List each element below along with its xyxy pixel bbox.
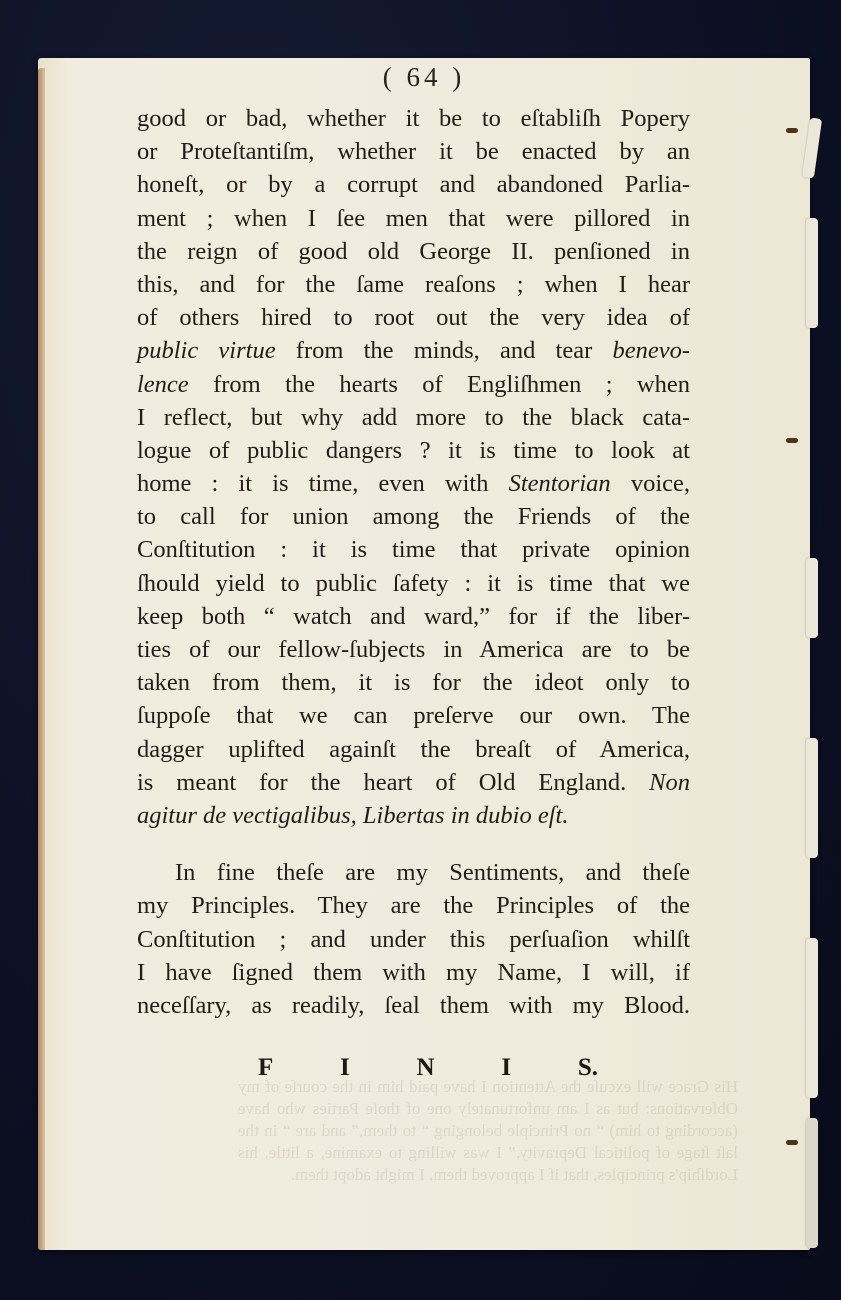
text-line: lence from the hearts of Engliſhmen ; wh… [137,368,690,401]
text-segment: Conſtitution ; and under this perſuaſion… [137,926,690,953]
text-line: logue of public dangers ? it is time to … [137,434,690,467]
binding-thread [786,438,798,443]
text-line: taken from them, it is for the ideot onl… [137,666,690,699]
text-line: Conſtitution : it is time that private o… [137,533,690,566]
italic-text: agitur de vectigalibus, Libertas in dubi… [137,802,568,829]
text-segment: or Proteſtantiſm, whether it be enacted … [137,138,690,165]
italic-text: lence [137,371,189,398]
text-segment: is meant for the heart of Old England. [137,769,649,796]
finis-letter: I [340,1054,350,1082]
text-line: this, and for the ſame reaſons ; when I … [137,268,690,301]
text-segment: I reflect, but why add more to the black… [137,404,690,431]
text-line: my Principles. They are the Principles o… [137,889,690,922]
text-line: or Proteſtantiſm, whether it be enacted … [137,135,690,168]
text-line: honeſt, or by a corrupt and abandoned Pa… [137,168,690,201]
torn-edge [806,558,818,638]
text-segment: In fine theſe are my Sentiments, and the… [175,859,690,886]
torn-edge [802,117,822,178]
text-line: I have ſigned them with my Name, I will,… [137,956,690,989]
text-segment: this, and for the ſame reaſons ; when I … [137,271,690,298]
text-line: neceſſary, as readily, ſeal them with my… [137,989,690,1022]
body-text: good or bad, whether it be to eſtabliſh … [137,102,690,1022]
paragraph-1: good or bad, whether it be to eſtabliſh … [137,102,690,832]
text-segment: from the minds, and tear [276,337,613,364]
text-segment: my Principles. They are the Principles o… [137,892,690,919]
text-line: Conſtitution ; and under this perſuaſion… [137,923,690,956]
finis-letter: F [258,1054,273,1082]
text-segment: logue of public dangers ? it is time to … [137,437,690,464]
text-line: home : it is time, even with Stentorian … [137,467,690,500]
text-segment: ties of our fellow-ſubjects in America a… [137,636,690,663]
text-line: public virtue from the minds, and tear b… [137,334,690,367]
text-line: agitur de vectigalibus, Libertas in dubi… [137,799,690,832]
text-line: ſhould yield to public ſafety : it is ti… [137,567,690,600]
text-segment: taken from them, it is for the ideot onl… [137,669,690,696]
italic-text: public virtue [137,337,276,364]
text-segment: home : it is time, even with [137,470,509,497]
text-line: to call for union among the Friends of t… [137,500,690,533]
text-line: ties of our fellow-ſubjects in America a… [137,633,690,666]
text-line: good or bad, whether it be to eſtabliſh … [137,102,690,135]
text-segment: honeſt, or by a corrupt and abandoned Pa… [137,171,690,198]
binding-thread [786,1140,798,1145]
text-line: of others hired to root out the very ide… [137,301,690,334]
text-segment: voice, [611,470,690,497]
book-page: His Grace will excuſe the Attention I ha… [38,58,810,1250]
italic-text: Stentorian [509,470,611,497]
finis-letter: S. [578,1054,598,1082]
paragraph-2: In fine theſe are my Sentiments, and the… [137,856,690,1022]
binding-thread [786,128,798,133]
text-line: I reflect, but why add more to the black… [137,401,690,434]
text-segment: ſhould yield to public ſafety : it is ti… [137,570,690,597]
torn-edge [806,1118,818,1248]
text-line: keep both “ watch and ward,” for if the … [137,600,690,633]
text-segment: to call for union among the Friends of t… [137,503,690,530]
show-through-text: His Grace will excuſe the Attention I ha… [238,1076,738,1186]
text-line: In fine theſe are my Sentiments, and the… [137,856,690,889]
text-segment: dagger uplifted againſt the breaſt of Am… [137,736,690,763]
text-line: dagger uplifted againſt the breaſt of Am… [137,733,690,766]
finis-letter: I [501,1054,511,1082]
text-segment: keep both “ watch and ward,” for if the … [137,603,690,630]
text-line: the reign of good old George II. penſion… [137,235,690,268]
italic-text: benevo- [612,337,690,364]
text-segment: the reign of good old George II. penſion… [137,238,690,265]
text-segment: from the hearts of Engliſhmen ; when [189,371,690,398]
finis-heading: FINIS. [258,1054,598,1082]
text-line: ſuppoſe that we can preſerve our own. Th… [137,699,690,732]
torn-edge [806,738,818,858]
finis-letter: N [417,1054,435,1082]
torn-edge [806,938,818,1098]
text-segment: Conſtitution : it is time that private o… [137,536,690,563]
text-segment: ment ; when I ſee men that were pillored… [137,205,690,232]
text-segment: of others hired to root out the very ide… [137,304,690,331]
text-segment: I have ſigned them with my Name, I will,… [137,959,690,986]
text-line: is meant for the heart of Old England. N… [137,766,690,799]
torn-edge [806,218,818,328]
text-segment: good or bad, whether it be to eſtabliſh … [137,105,690,132]
page-number: ( 64 ) [38,62,810,93]
text-segment: ſuppoſe that we can preſerve our own. Th… [137,702,690,729]
italic-text: Non [649,769,690,796]
text-segment: neceſſary, as readily, ſeal them with my… [137,992,690,1019]
text-line: ment ; when I ſee men that were pillored… [137,202,690,235]
